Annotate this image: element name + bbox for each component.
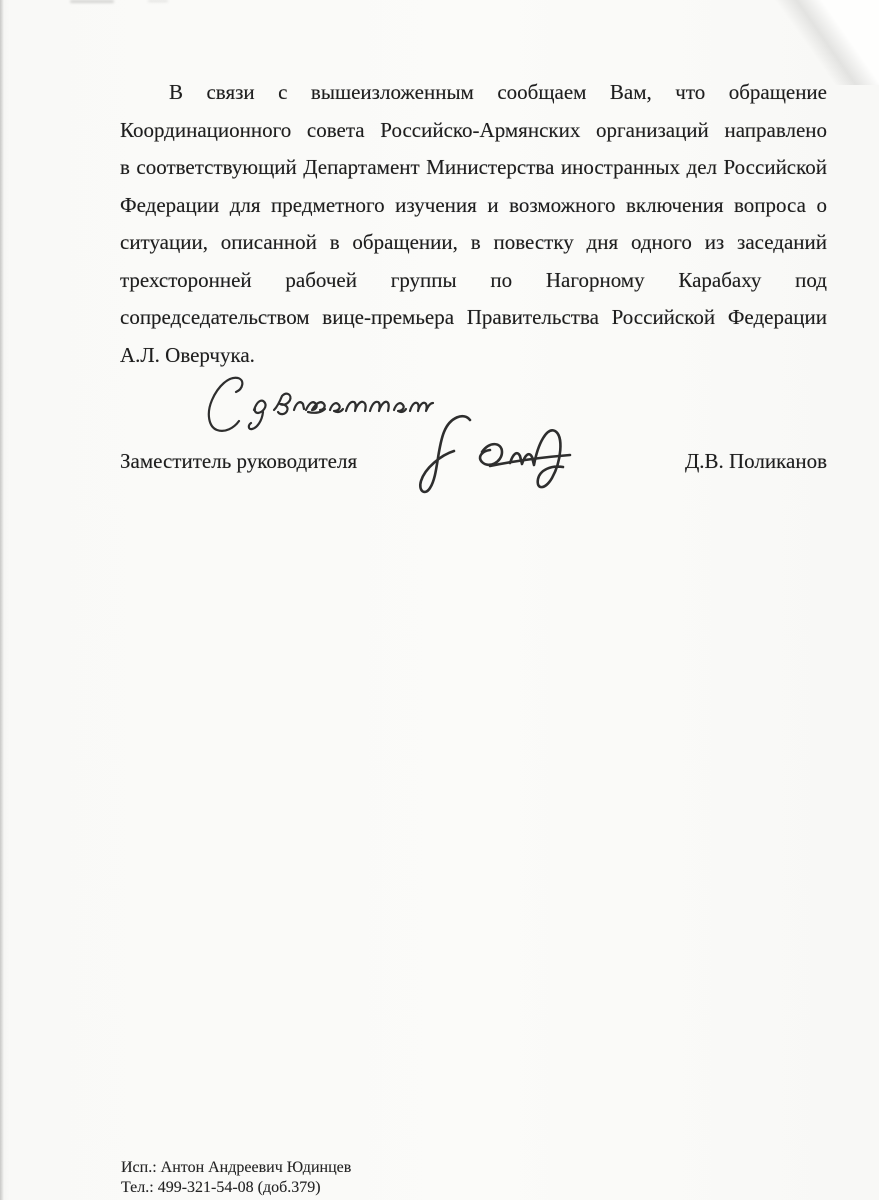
paragraph-line: А.Л. Оверчука. [120, 337, 827, 375]
scan-smudge [70, 0, 114, 3]
letter-body-paragraph: В связи с вышеизложенным сообщаем Вам, ч… [120, 74, 827, 374]
paragraph-line: трехсторонней рабочей группы по Нагорном… [120, 262, 827, 300]
scanned-letter-page: В связи с вышеизложенным сообщаем Вам, ч… [0, 0, 879, 1200]
executor-line: Исп.: Антон Андреевич Юдинцев [121, 1158, 351, 1178]
paragraph-line: Федерации для предметного изучения и воз… [120, 187, 827, 225]
signature-block: Заместитель руководителя Д.В. Поликанов [120, 449, 827, 473]
paper-crease [759, 0, 879, 85]
phone-line: Тел.: 499-321-54-08 (доб.379) [121, 1178, 351, 1198]
paragraph-line: В связи с вышеизложенным сообщаем Вам, ч… [120, 74, 827, 112]
scan-edge-artifact [0, 0, 4, 1200]
valediction-script [209, 378, 433, 431]
paragraph-line: сопредседательством вице-премьера Правит… [120, 299, 827, 337]
signer-name: Д.В. Поликанов [685, 449, 827, 473]
paragraph-line: в соответствующий Департамент Министерст… [120, 149, 827, 187]
signer-title: Заместитель руководителя [120, 449, 357, 473]
paragraph-line: Координационного совета Российско-Армянс… [120, 112, 827, 150]
handwritten-closing [190, 370, 585, 505]
scan-smudge [148, 0, 168, 2]
paragraph-line: ситуации, описанной в обращении, в повес… [120, 224, 827, 262]
letter-footer: Исп.: Антон Андреевич Юдинцев Тел.: 499-… [121, 1158, 351, 1198]
